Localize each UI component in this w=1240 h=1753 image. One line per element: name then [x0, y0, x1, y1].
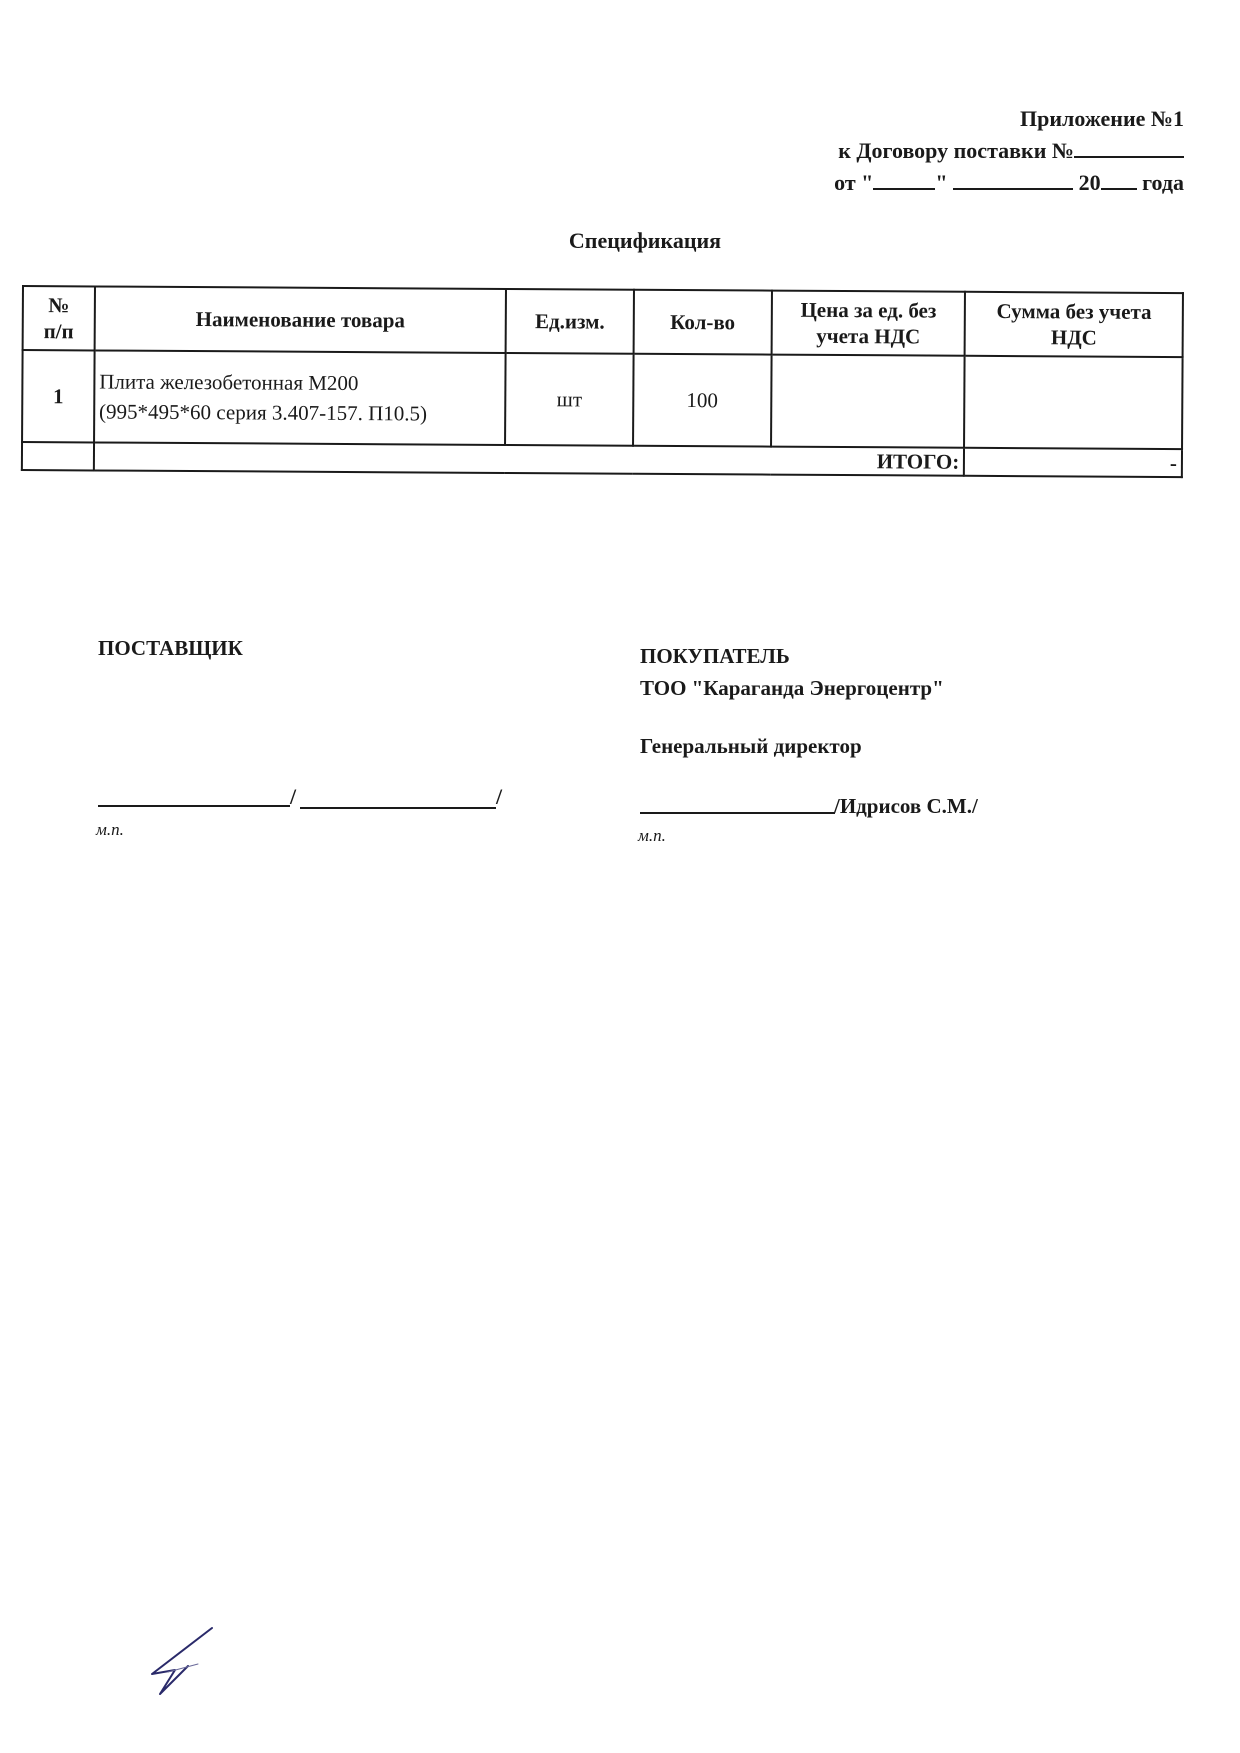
col-header-sum: Сумма без учетаНДС: [965, 292, 1183, 357]
cell-unit: шт: [505, 353, 633, 446]
year-prefix: 20: [1079, 170, 1101, 195]
document-title: Спецификация: [0, 228, 1240, 254]
table-header-row: №п/п Наименование товара Ед.изм. Кол-во …: [23, 286, 1183, 357]
total-empty-cell: [22, 442, 94, 470]
cell-sum[interactable]: [964, 356, 1182, 449]
total-value: -: [964, 448, 1182, 477]
appendix-text: Приложение №1: [1020, 106, 1184, 131]
col-header-name: Наименование товара: [94, 286, 506, 353]
supplier-slash-2: /: [496, 784, 502, 810]
month-blank[interactable]: [953, 170, 1073, 190]
col-header-price: Цена за ед. безучета НДС: [771, 291, 965, 356]
day-blank[interactable]: [873, 170, 935, 190]
supplier-slash-1: /: [290, 784, 296, 810]
specification-table: №п/п Наименование товара Ед.изм. Кол-во …: [21, 285, 1184, 478]
year-suffix: года: [1142, 170, 1184, 195]
year-blank[interactable]: [1101, 170, 1137, 190]
buyer-label: ПОКУПАТЕЛЬ: [640, 640, 790, 672]
col-header-no: №п/п: [23, 286, 95, 350]
date-mid: ": [935, 170, 947, 195]
supplier-label: ПОСТАВЩИК: [98, 632, 243, 664]
cell-name: Плита железобетонная М200(995*495*60 сер…: [94, 350, 506, 445]
cell-no: 1: [22, 350, 94, 442]
buyer-signatory: /Идрисов С.М./: [834, 790, 978, 822]
handwritten-signature-icon: [140, 1618, 220, 1698]
contract-label: к Договору поставки №: [838, 138, 1074, 163]
cell-qty: 100: [633, 354, 771, 447]
col-header-qty: Кол-во: [634, 290, 772, 355]
contract-number-blank[interactable]: [1074, 138, 1184, 158]
supplier-stamp-label: м.п.: [96, 820, 124, 840]
date-prefix: от ": [834, 170, 873, 195]
total-row: ИТОГО: -: [22, 442, 1182, 477]
supplier-name-line[interactable]: [300, 807, 496, 809]
table-row: 1 Плита железобетонная М200(995*495*60 с…: [22, 350, 1183, 449]
supplier-signature-line[interactable]: [98, 805, 290, 807]
buyer-signature-line[interactable]: [640, 812, 835, 814]
buyer-position: Генеральный директор: [640, 730, 862, 762]
buyer-stamp-label: м.п.: [638, 826, 666, 846]
appendix-title: Приложение №1: [1020, 104, 1184, 134]
buyer-company: ТОО "Караганда Энергоцентр": [640, 672, 944, 704]
total-label: ИТОГО:: [94, 442, 965, 475]
col-header-unit: Ед.изм.: [506, 289, 634, 354]
cell-price[interactable]: [771, 355, 965, 448]
contract-date: от "" 20 года: [834, 168, 1184, 198]
contract-reference: к Договору поставки №: [838, 136, 1184, 166]
